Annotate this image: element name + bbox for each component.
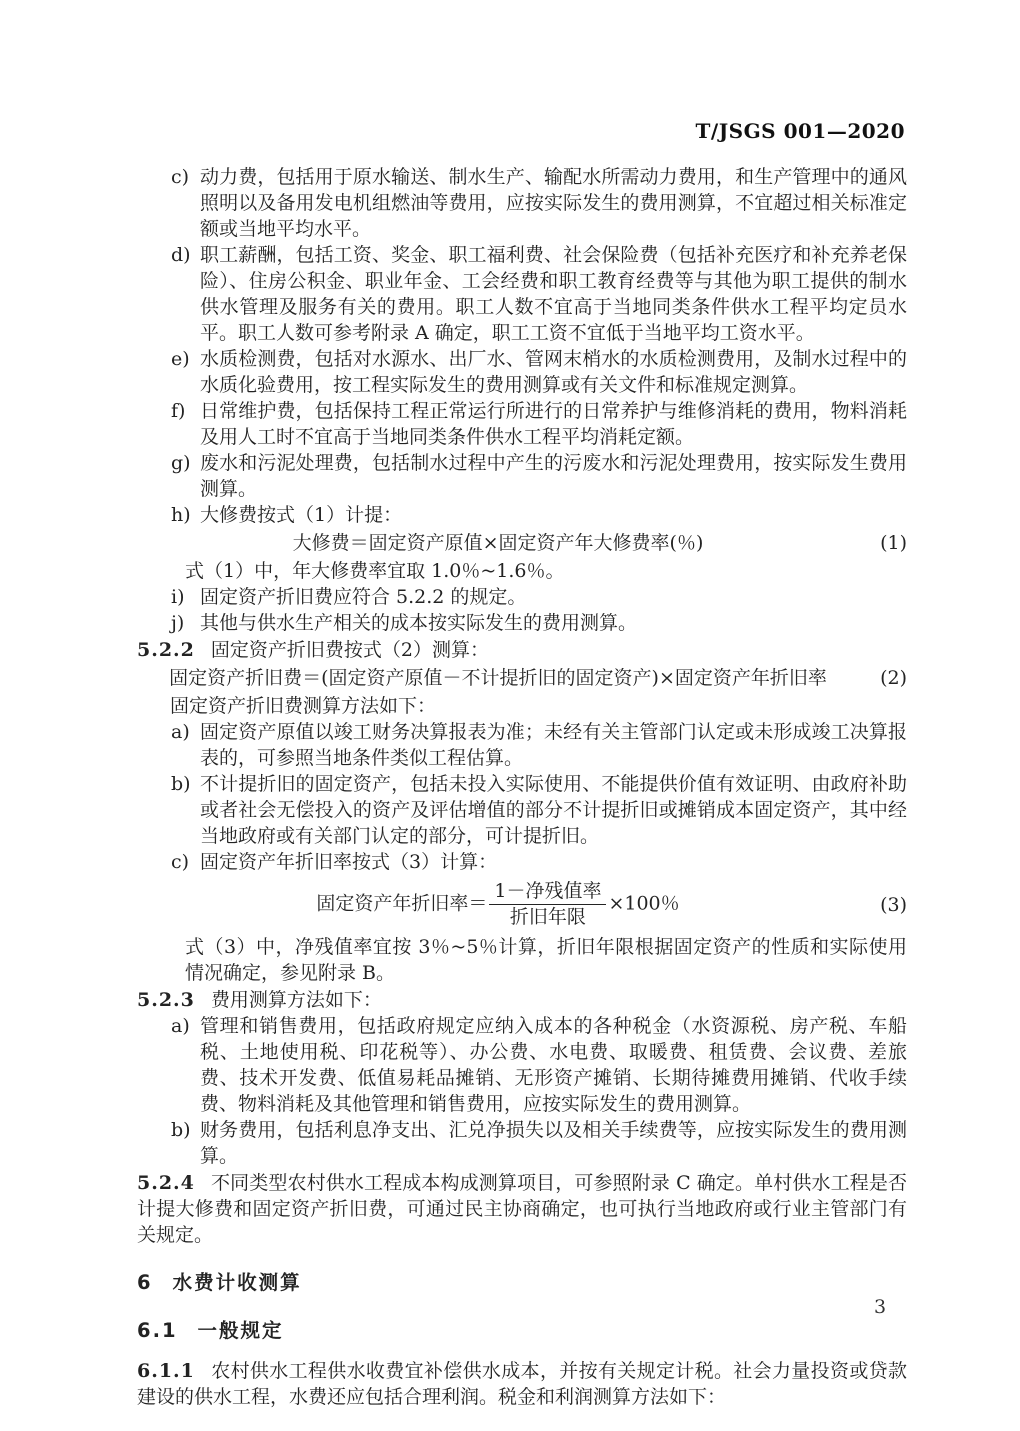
list-item-g: g) 废水和污泥处理费，包括制水过程中产生的污废水和污泥处理费用，按实际发生费用… (137, 450, 907, 502)
list-item-e: e) 水质检测费，包括对水源水、出厂水、管网末梢水的水质检测费用，及制水过程中的… (137, 346, 907, 398)
section-number: 5.2.2 (137, 639, 195, 661)
list-marker: d) (171, 242, 191, 268)
list-marker: h) (171, 502, 191, 528)
section-5-2-4: 5.2.4不同类型农村供水工程成本构成测算项目，可参照附录 C 确定。单村供水工… (137, 1170, 907, 1248)
list-marker: f) (171, 398, 185, 424)
list-text: 固定资产折旧费应符合 5.2.2 的规定。 (200, 586, 526, 608)
list-text: 水质检测费，包括对水源水、出厂水、管网末梢水的水质检测费用，及制水过程中的水质化… (200, 348, 907, 396)
list-text: 不计提折旧的固定资产，包括未投入实际使用、不能提供价值有效证明、由政府补助或者社… (200, 773, 907, 847)
formula-1-note: 式（1）中，年大修费率宜取 1.0％~1.6％。 (137, 558, 907, 584)
list-text: 管理和销售费用，包括政府规定应纳入成本的各种税金（水资源税、房产税、车船税、土地… (200, 1015, 907, 1115)
section-text: 农村供水工程供水收费宜补偿供水成本，并按有关规定计税。社会力量投资或贷款建设的供… (137, 1360, 907, 1408)
standard-code-header: T/JSGS 001—2020 (696, 119, 906, 143)
list-marker: c) (171, 849, 189, 875)
section-5-2-2: 5.2.2固定资产折旧费按式（2）测算： (137, 637, 907, 663)
formula-3-body: 固定资产年折旧率＝1－净残值率折旧年限×100％ (137, 877, 859, 932)
list-text: 固定资产原值以竣工财务决算报表为准；未经有关主管部门认定或未形成竣工决算报表的，… (200, 721, 907, 769)
list-item-c: c) 动力费，包括用于原水输送、制水生产、输配水所需动力费用，和生产管理中的通风… (137, 164, 907, 242)
list-text: 日常维护费，包括保持工程正常运行所进行的日常养护与维修消耗的费用，物料消耗及用人… (200, 400, 907, 448)
formula-2: 固定资产折旧费＝(固定资产原值－不计提折旧的固定资产)×固定资产年折旧率 (2) (137, 665, 907, 691)
document-body: c) 动力费，包括用于原水输送、制水生产、输配水所需动力费用，和生产管理中的通风… (137, 164, 907, 1410)
section-5-2-3: 5.2.3费用测算方法如下： (137, 987, 907, 1013)
list-item-b3: b) 财务费用，包括利息净支出、汇兑净损失以及相关手续费等，应按实际发生的费用测… (137, 1117, 907, 1169)
formula-3: 固定资产年折旧率＝1－净残值率折旧年限×100％ (3) (137, 877, 907, 932)
list-item-i: i) 固定资产折旧费应符合 5.2.2 的规定。 (137, 584, 907, 610)
formula-2-body: 固定资产折旧费＝(固定资产原值－不计提折旧的固定资产)×固定资产年折旧率 (137, 665, 859, 691)
list-item-a3: a) 管理和销售费用，包括政府规定应纳入成本的各种税金（水资源税、房产税、车船税… (137, 1013, 907, 1117)
section-6-1-heading: 6.1一般规定 (137, 1318, 907, 1344)
section-number: 5.2.4 (137, 1172, 195, 1194)
list-marker: j) (171, 610, 184, 636)
chapter-6-heading: 6水费计收测算 (137, 1270, 907, 1296)
section-text: 不同类型农村供水工程成本构成测算项目，可参照附录 C 确定。单村供水工程是否计提… (137, 1172, 907, 1246)
list-marker: a) (171, 1013, 190, 1039)
list-item-h: h) 大修费按式（1）计提： (137, 502, 907, 528)
section-title: 费用测算方法如下： (211, 989, 382, 1011)
chapter-number: 6 (137, 1271, 153, 1294)
list-text: 大修费按式（1）计提： (200, 504, 402, 526)
section-5-2-2-subtext: 固定资产折旧费测算方法如下： (137, 693, 907, 719)
list-marker: c) (171, 164, 189, 190)
list-item-j: j) 其他与供水生产相关的成本按实际发生的费用测算。 (137, 610, 907, 636)
list-text: 废水和污泥处理费，包括制水过程中产生的污废水和污泥处理费用，按实际发生费用测算。 (200, 452, 907, 500)
list-marker: e) (171, 346, 190, 372)
section-title: 一般规定 (198, 1319, 284, 1342)
list-item-d: d) 职工薪酬，包括工资、奖金、职工福利费、社会保险费（包括补充医疗和补充养老保… (137, 242, 907, 346)
list-item-f: f) 日常维护费，包括保持工程正常运行所进行的日常养护与维修消耗的费用，物料消耗… (137, 398, 907, 450)
page-number: 3 (870, 1296, 890, 1318)
list-marker: b) (171, 1117, 191, 1143)
chapter-title: 水费计收测算 (173, 1271, 302, 1294)
formula-2-number: (2) (859, 665, 907, 691)
list-text: 财务费用，包括利息净支出、汇兑净损失以及相关手续费等，应按实际发生的费用测算。 (200, 1119, 907, 1167)
list-text: 职工薪酬，包括工资、奖金、职工福利费、社会保险费（包括补充医疗和补充养老保险）、… (200, 244, 907, 344)
section-6-1-1: 6.1.1农村供水工程供水收费宜补偿供水成本，并按有关规定计税。社会力量投资或贷… (137, 1358, 907, 1410)
formula-1-body: 大修费＝固定资产原值×固定资产年大修费率(％) (137, 530, 859, 556)
formula-3-rhs: ×100％ (608, 893, 679, 915)
list-text: 固定资产年折旧率按式（3）计算： (200, 851, 497, 873)
section-number: 6.1.1 (137, 1360, 195, 1382)
document-page: T/JSGS 001—2020 c) 动力费，包括用于原水输送、制水生产、输配水… (0, 0, 1020, 1431)
fraction-numerator: 1－净残值率 (489, 879, 606, 905)
list-marker: b) (171, 771, 191, 797)
formula-3-fraction: 1－净残值率折旧年限 (489, 879, 606, 930)
list-text: 动力费，包括用于原水输送、制水生产、输配水所需动力费用，和生产管理中的通风照明以… (200, 166, 907, 240)
section-number: 6.1 (137, 1319, 178, 1342)
list-marker: i) (171, 584, 185, 610)
formula-1: 大修费＝固定资产原值×固定资产年大修费率(％) (1) (137, 530, 907, 556)
formula-1-number: (1) (859, 530, 907, 556)
section-title: 固定资产折旧费按式（2）测算： (211, 639, 489, 661)
list-text: 其他与供水生产相关的成本按实际发生的费用测算。 (200, 612, 637, 634)
list-item-b2: b) 不计提折旧的固定资产，包括未投入实际使用、不能提供价值有效证明、由政府补助… (137, 771, 907, 849)
fraction-denominator: 折旧年限 (489, 905, 606, 930)
list-marker: g) (171, 450, 191, 476)
formula-3-note: 式（3）中，净残值率宜按 3％~5％计算，折旧年限根据固定资产的性质和实际使用情… (137, 934, 907, 986)
formula-3-lhs: 固定资产年折旧率＝ (316, 893, 487, 915)
list-item-a2: a) 固定资产原值以竣工财务决算报表为准；未经有关主管部门认定或未形成竣工决算报… (137, 719, 907, 771)
section-number: 5.2.3 (137, 989, 195, 1011)
list-item-c2: c) 固定资产年折旧率按式（3）计算： (137, 849, 907, 875)
list-marker: a) (171, 719, 190, 745)
formula-3-number: (3) (859, 892, 907, 918)
